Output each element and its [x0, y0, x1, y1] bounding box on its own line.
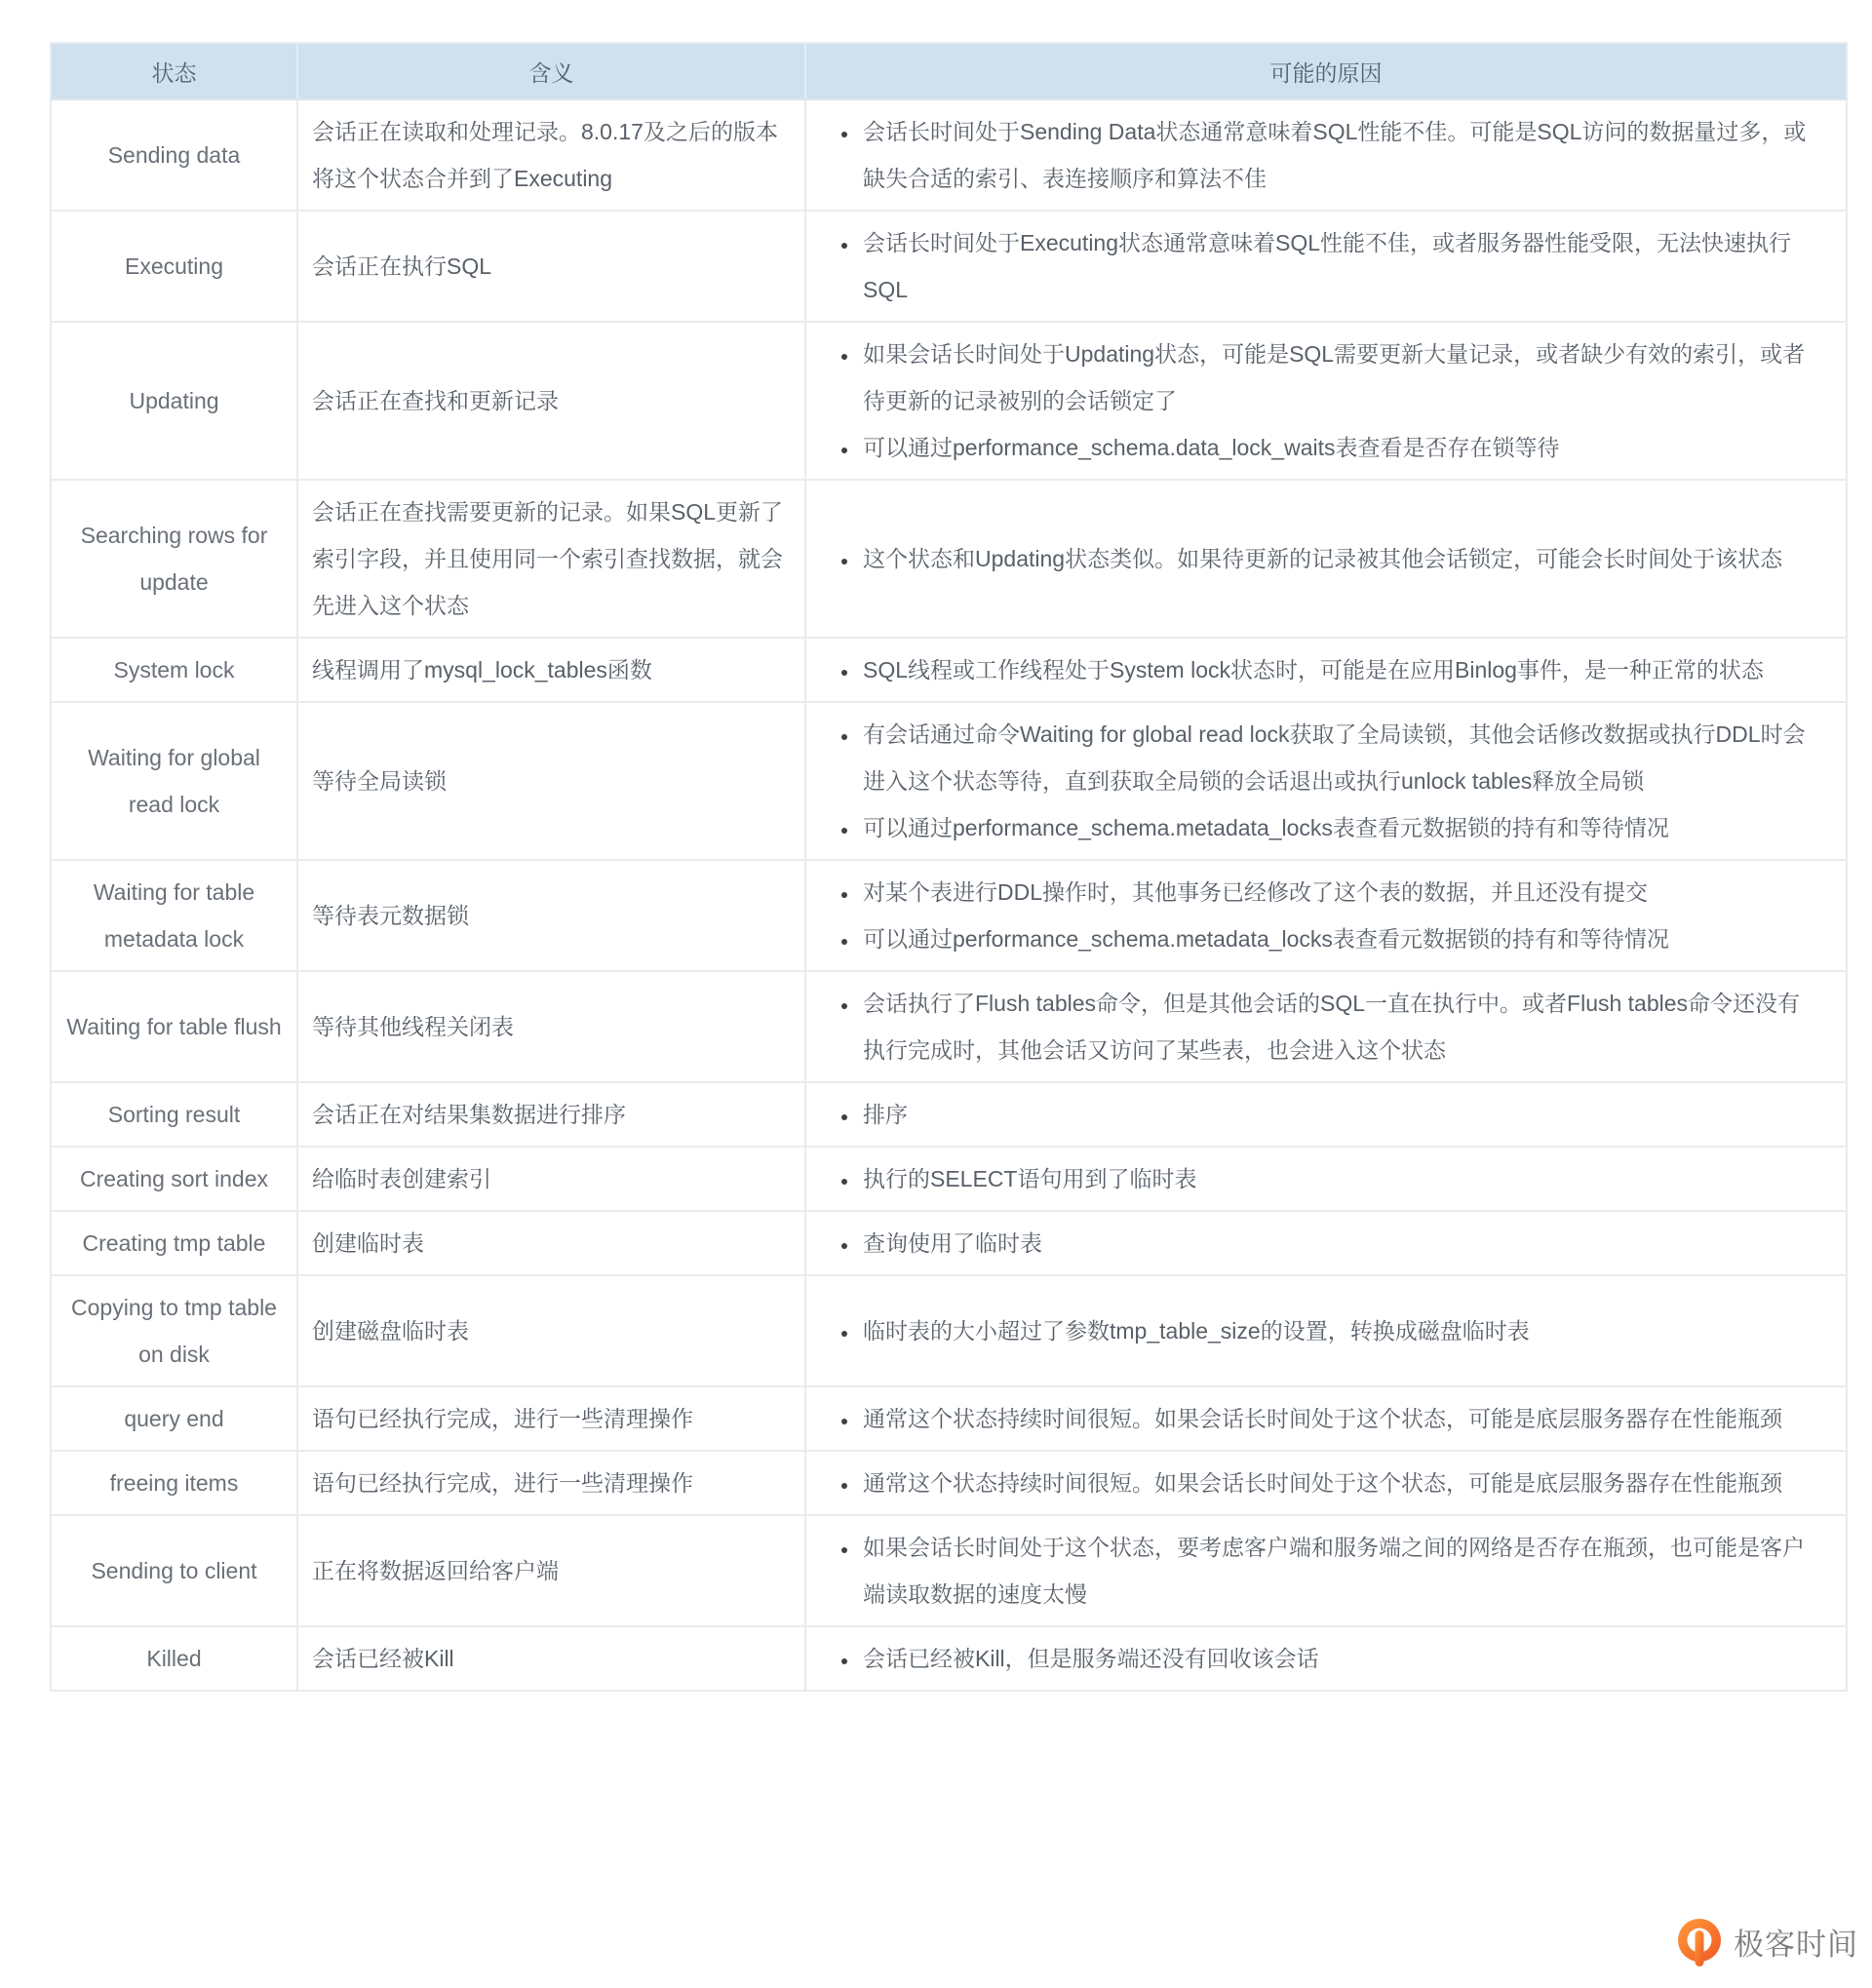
meaning-cell: 给临时表创建索引	[297, 1147, 805, 1211]
meaning-cell: 会话正在读取和处理记录。8.0.17及之后的版本将这个状态合并到了Executi…	[297, 99, 805, 211]
causes-list: 通常这个状态持续时间很短。如果会话长时间处于这个状态，可能是底层服务器存在性能瓶…	[826, 1395, 1822, 1442]
meaning-cell: 等待全局读锁	[297, 702, 805, 860]
cause-item: 会话执行了Flush tables命令，但是其他会话的SQL一直在执行中。或者F…	[859, 980, 1822, 1073]
state-cell: Creating tmp table	[51, 1211, 297, 1275]
table-row: Creating tmp table创建临时表查询使用了临时表	[51, 1211, 1847, 1275]
causes-list: 排序	[826, 1091, 1822, 1138]
state-cell: query end	[51, 1386, 297, 1451]
causes-list: 临时表的大小超过了参数tmp_table_size的设置，转换成磁盘临时表	[826, 1307, 1822, 1354]
state-cell: Waiting for table metadata lock	[51, 860, 297, 971]
meaning-cell: 会话正在查找需要更新的记录。如果SQL更新了索引字段，并且使用同一个索引查找数据…	[297, 480, 805, 638]
causes-list: 执行的SELECT语句用到了临时表	[826, 1155, 1822, 1202]
causes-list: 通常这个状态持续时间很短。如果会话长时间处于这个状态，可能是底层服务器存在性能瓶…	[826, 1460, 1822, 1506]
meaning-cell: 语句已经执行完成，进行一些清理操作	[297, 1451, 805, 1515]
state-cell: Waiting for table flush	[51, 971, 297, 1082]
causes-list: 这个状态和Updating状态类似。如果待更新的记录被其他会话锁定，可能会长时间…	[826, 535, 1822, 582]
meaning-cell: 线程调用了mysql_lock_tables函数	[297, 638, 805, 702]
meaning-cell: 等待表元数据锁	[297, 860, 805, 971]
table-row: Sending to client正在将数据返回给客户端如果会话长时间处于这个状…	[51, 1515, 1847, 1626]
state-cell: Updating	[51, 322, 297, 480]
table-row: Waiting for global read lock等待全局读锁有会话通过命…	[51, 702, 1847, 860]
state-cell: System lock	[51, 638, 297, 702]
causes-list: SQL线程或工作线程处于System lock状态时，可能是在应用Binlog事…	[826, 646, 1822, 693]
table-row: Sending data会话正在读取和处理记录。8.0.17及之后的版本将这个状…	[51, 99, 1847, 211]
meaning-cell: 语句已经执行完成，进行一些清理操作	[297, 1386, 805, 1451]
cause-item: SQL线程或工作线程处于System lock状态时，可能是在应用Binlog事…	[859, 646, 1822, 693]
state-cell: Executing	[51, 211, 297, 322]
cause-item: 查询使用了临时表	[859, 1220, 1822, 1267]
causes-list: 会话执行了Flush tables命令，但是其他会话的SQL一直在执行中。或者F…	[826, 980, 1822, 1073]
table-row: Searching rows for update会话正在查找需要更新的记录。如…	[51, 480, 1847, 638]
table-row: freeing items语句已经执行完成，进行一些清理操作通常这个状态持续时间…	[51, 1451, 1847, 1515]
meaning-cell: 会话正在查找和更新记录	[297, 322, 805, 480]
causes-cell: 会话长时间处于Sending Data状态通常意味着SQL性能不佳。可能是SQL…	[805, 99, 1847, 211]
state-cell: Sending data	[51, 99, 297, 211]
table-row: Executing会话正在执行SQL会话长时间处于Executing状态通常意味…	[51, 211, 1847, 322]
meaning-cell: 会话已经被Kill	[297, 1626, 805, 1691]
state-cell: freeing items	[51, 1451, 297, 1515]
state-cell: Searching rows for update	[51, 480, 297, 638]
table-row: Updating会话正在查找和更新记录如果会话长时间处于Updating状态，可…	[51, 322, 1847, 480]
column-header-meaning: 含义	[297, 43, 805, 99]
causes-list: 会话已经被Kill，但是服务端还没有回收该会话	[826, 1635, 1822, 1682]
causes-cell: 查询使用了临时表	[805, 1211, 1847, 1275]
table-row: System lock线程调用了mysql_lock_tables函数SQL线程…	[51, 638, 1847, 702]
causes-cell: 排序	[805, 1082, 1847, 1147]
mysql-state-table: 状态 含义 可能的原因 Sending data会话正在读取和处理记录。8.0.…	[50, 42, 1848, 1692]
state-cell: Sending to client	[51, 1515, 297, 1626]
causes-list: 查询使用了临时表	[826, 1220, 1822, 1267]
meaning-cell: 正在将数据返回给客户端	[297, 1515, 805, 1626]
meaning-cell: 会话正在执行SQL	[297, 211, 805, 322]
causes-list: 有会话通过命令Waiting for global read lock获取了全局…	[826, 711, 1822, 851]
geektime-logo-text: 极客时间	[1734, 1930, 1858, 1960]
causes-cell: 会话执行了Flush tables命令，但是其他会话的SQL一直在执行中。或者F…	[805, 971, 1847, 1082]
causes-cell: 会话长时间处于Executing状态通常意味着SQL性能不佳，或者服务器性能受限…	[805, 211, 1847, 322]
causes-cell: 临时表的大小超过了参数tmp_table_size的设置，转换成磁盘临时表	[805, 1275, 1847, 1386]
table-row: Waiting for table metadata lock等待表元数据锁对某…	[51, 860, 1847, 971]
table-row: Killed会话已经被Kill会话已经被Kill，但是服务端还没有回收该会话	[51, 1626, 1847, 1691]
page: 状态 含义 可能的原因 Sending data会话正在读取和处理记录。8.0.…	[0, 0, 1872, 1988]
cause-item: 会话长时间处于Executing状态通常意味着SQL性能不佳，或者服务器性能受限…	[859, 219, 1822, 313]
state-cell: Killed	[51, 1626, 297, 1691]
state-cell: Waiting for global read lock	[51, 702, 297, 860]
table-row: Sorting result会话正在对结果集数据进行排序排序	[51, 1082, 1847, 1147]
table-row: query end语句已经执行完成，进行一些清理操作通常这个状态持续时间很短。如…	[51, 1386, 1847, 1451]
cause-item: 可以通过performance_schema.metadata_locks表查看…	[859, 804, 1822, 851]
cause-item: 会话长时间处于Sending Data状态通常意味着SQL性能不佳。可能是SQL…	[859, 108, 1822, 202]
causes-list: 对某个表进行DDL操作时，其他事务已经修改了这个表的数据，并且还没有提交可以通过…	[826, 869, 1822, 962]
cause-item: 对某个表进行DDL操作时，其他事务已经修改了这个表的数据，并且还没有提交	[859, 869, 1822, 916]
state-cell: Sorting result	[51, 1082, 297, 1147]
table-header: 状态 含义 可能的原因	[51, 43, 1847, 99]
cause-item: 这个状态和Updating状态类似。如果待更新的记录被其他会话锁定，可能会长时间…	[859, 535, 1822, 582]
cause-item: 排序	[859, 1091, 1822, 1138]
causes-cell: 如果会话长时间处于Updating状态，可能是SQL需要更新大量记录，或者缺少有…	[805, 322, 1847, 480]
cause-item: 如果会话长时间处于这个状态，要考虑客户端和服务端之间的网络是否存在瓶颈，也可能是…	[859, 1524, 1822, 1618]
table-row: Creating sort index给临时表创建索引执行的SELECT语句用到…	[51, 1147, 1847, 1211]
causes-cell: 通常这个状态持续时间很短。如果会话长时间处于这个状态，可能是底层服务器存在性能瓶…	[805, 1386, 1847, 1451]
meaning-cell: 等待其他线程关闭表	[297, 971, 805, 1082]
causes-cell: 执行的SELECT语句用到了临时表	[805, 1147, 1847, 1211]
causes-cell: 如果会话长时间处于这个状态，要考虑客户端和服务端之间的网络是否存在瓶颈，也可能是…	[805, 1515, 1847, 1626]
causes-cell: 这个状态和Updating状态类似。如果待更新的记录被其他会话锁定，可能会长时间…	[805, 480, 1847, 638]
meaning-cell: 创建磁盘临时表	[297, 1275, 805, 1386]
table-body: Sending data会话正在读取和处理记录。8.0.17及之后的版本将这个状…	[51, 99, 1847, 1691]
cause-item: 如果会话长时间处于Updating状态，可能是SQL需要更新大量记录，或者缺少有…	[859, 331, 1822, 424]
causes-list: 会话长时间处于Executing状态通常意味着SQL性能不佳，或者服务器性能受限…	[826, 219, 1822, 313]
meaning-cell: 创建临时表	[297, 1211, 805, 1275]
column-header-causes: 可能的原因	[805, 43, 1847, 99]
table-row: Waiting for table flush等待其他线程关闭表会话执行了Flu…	[51, 971, 1847, 1082]
causes-cell: 对某个表进行DDL操作时，其他事务已经修改了这个表的数据，并且还没有提交可以通过…	[805, 860, 1847, 971]
column-header-state: 状态	[51, 43, 297, 99]
causes-list: 如果会话长时间处于Updating状态，可能是SQL需要更新大量记录，或者缺少有…	[826, 331, 1822, 471]
cause-item: 通常这个状态持续时间很短。如果会话长时间处于这个状态，可能是底层服务器存在性能瓶…	[859, 1395, 1822, 1442]
geektime-logo-icon	[1673, 1916, 1726, 1972]
cause-item: 可以通过performance_schema.metadata_locks表查看…	[859, 916, 1822, 962]
state-cell: Copying to tmp table on disk	[51, 1275, 297, 1386]
cause-item: 可以通过performance_schema.data_lock_waits表查…	[859, 424, 1822, 471]
causes-cell: 有会话通过命令Waiting for global read lock获取了全局…	[805, 702, 1847, 860]
cause-item: 有会话通过命令Waiting for global read lock获取了全局…	[859, 711, 1822, 804]
meaning-cell: 会话正在对结果集数据进行排序	[297, 1082, 805, 1147]
header-row: 状态 含义 可能的原因	[51, 43, 1847, 99]
causes-cell: 会话已经被Kill，但是服务端还没有回收该会话	[805, 1626, 1847, 1691]
causes-list: 如果会话长时间处于这个状态，要考虑客户端和服务端之间的网络是否存在瓶颈，也可能是…	[826, 1524, 1822, 1618]
brand-footer: 极客时间	[1673, 1916, 1858, 1972]
cause-item: 通常这个状态持续时间很短。如果会话长时间处于这个状态，可能是底层服务器存在性能瓶…	[859, 1460, 1822, 1506]
cause-item: 临时表的大小超过了参数tmp_table_size的设置，转换成磁盘临时表	[859, 1307, 1822, 1354]
causes-cell: 通常这个状态持续时间很短。如果会话长时间处于这个状态，可能是底层服务器存在性能瓶…	[805, 1451, 1847, 1515]
causes-cell: SQL线程或工作线程处于System lock状态时，可能是在应用Binlog事…	[805, 638, 1847, 702]
state-cell: Creating sort index	[51, 1147, 297, 1211]
table-row: Copying to tmp table on disk创建磁盘临时表临时表的大…	[51, 1275, 1847, 1386]
cause-item: 执行的SELECT语句用到了临时表	[859, 1155, 1822, 1202]
cause-item: 会话已经被Kill，但是服务端还没有回收该会话	[859, 1635, 1822, 1682]
causes-list: 会话长时间处于Sending Data状态通常意味着SQL性能不佳。可能是SQL…	[826, 108, 1822, 202]
